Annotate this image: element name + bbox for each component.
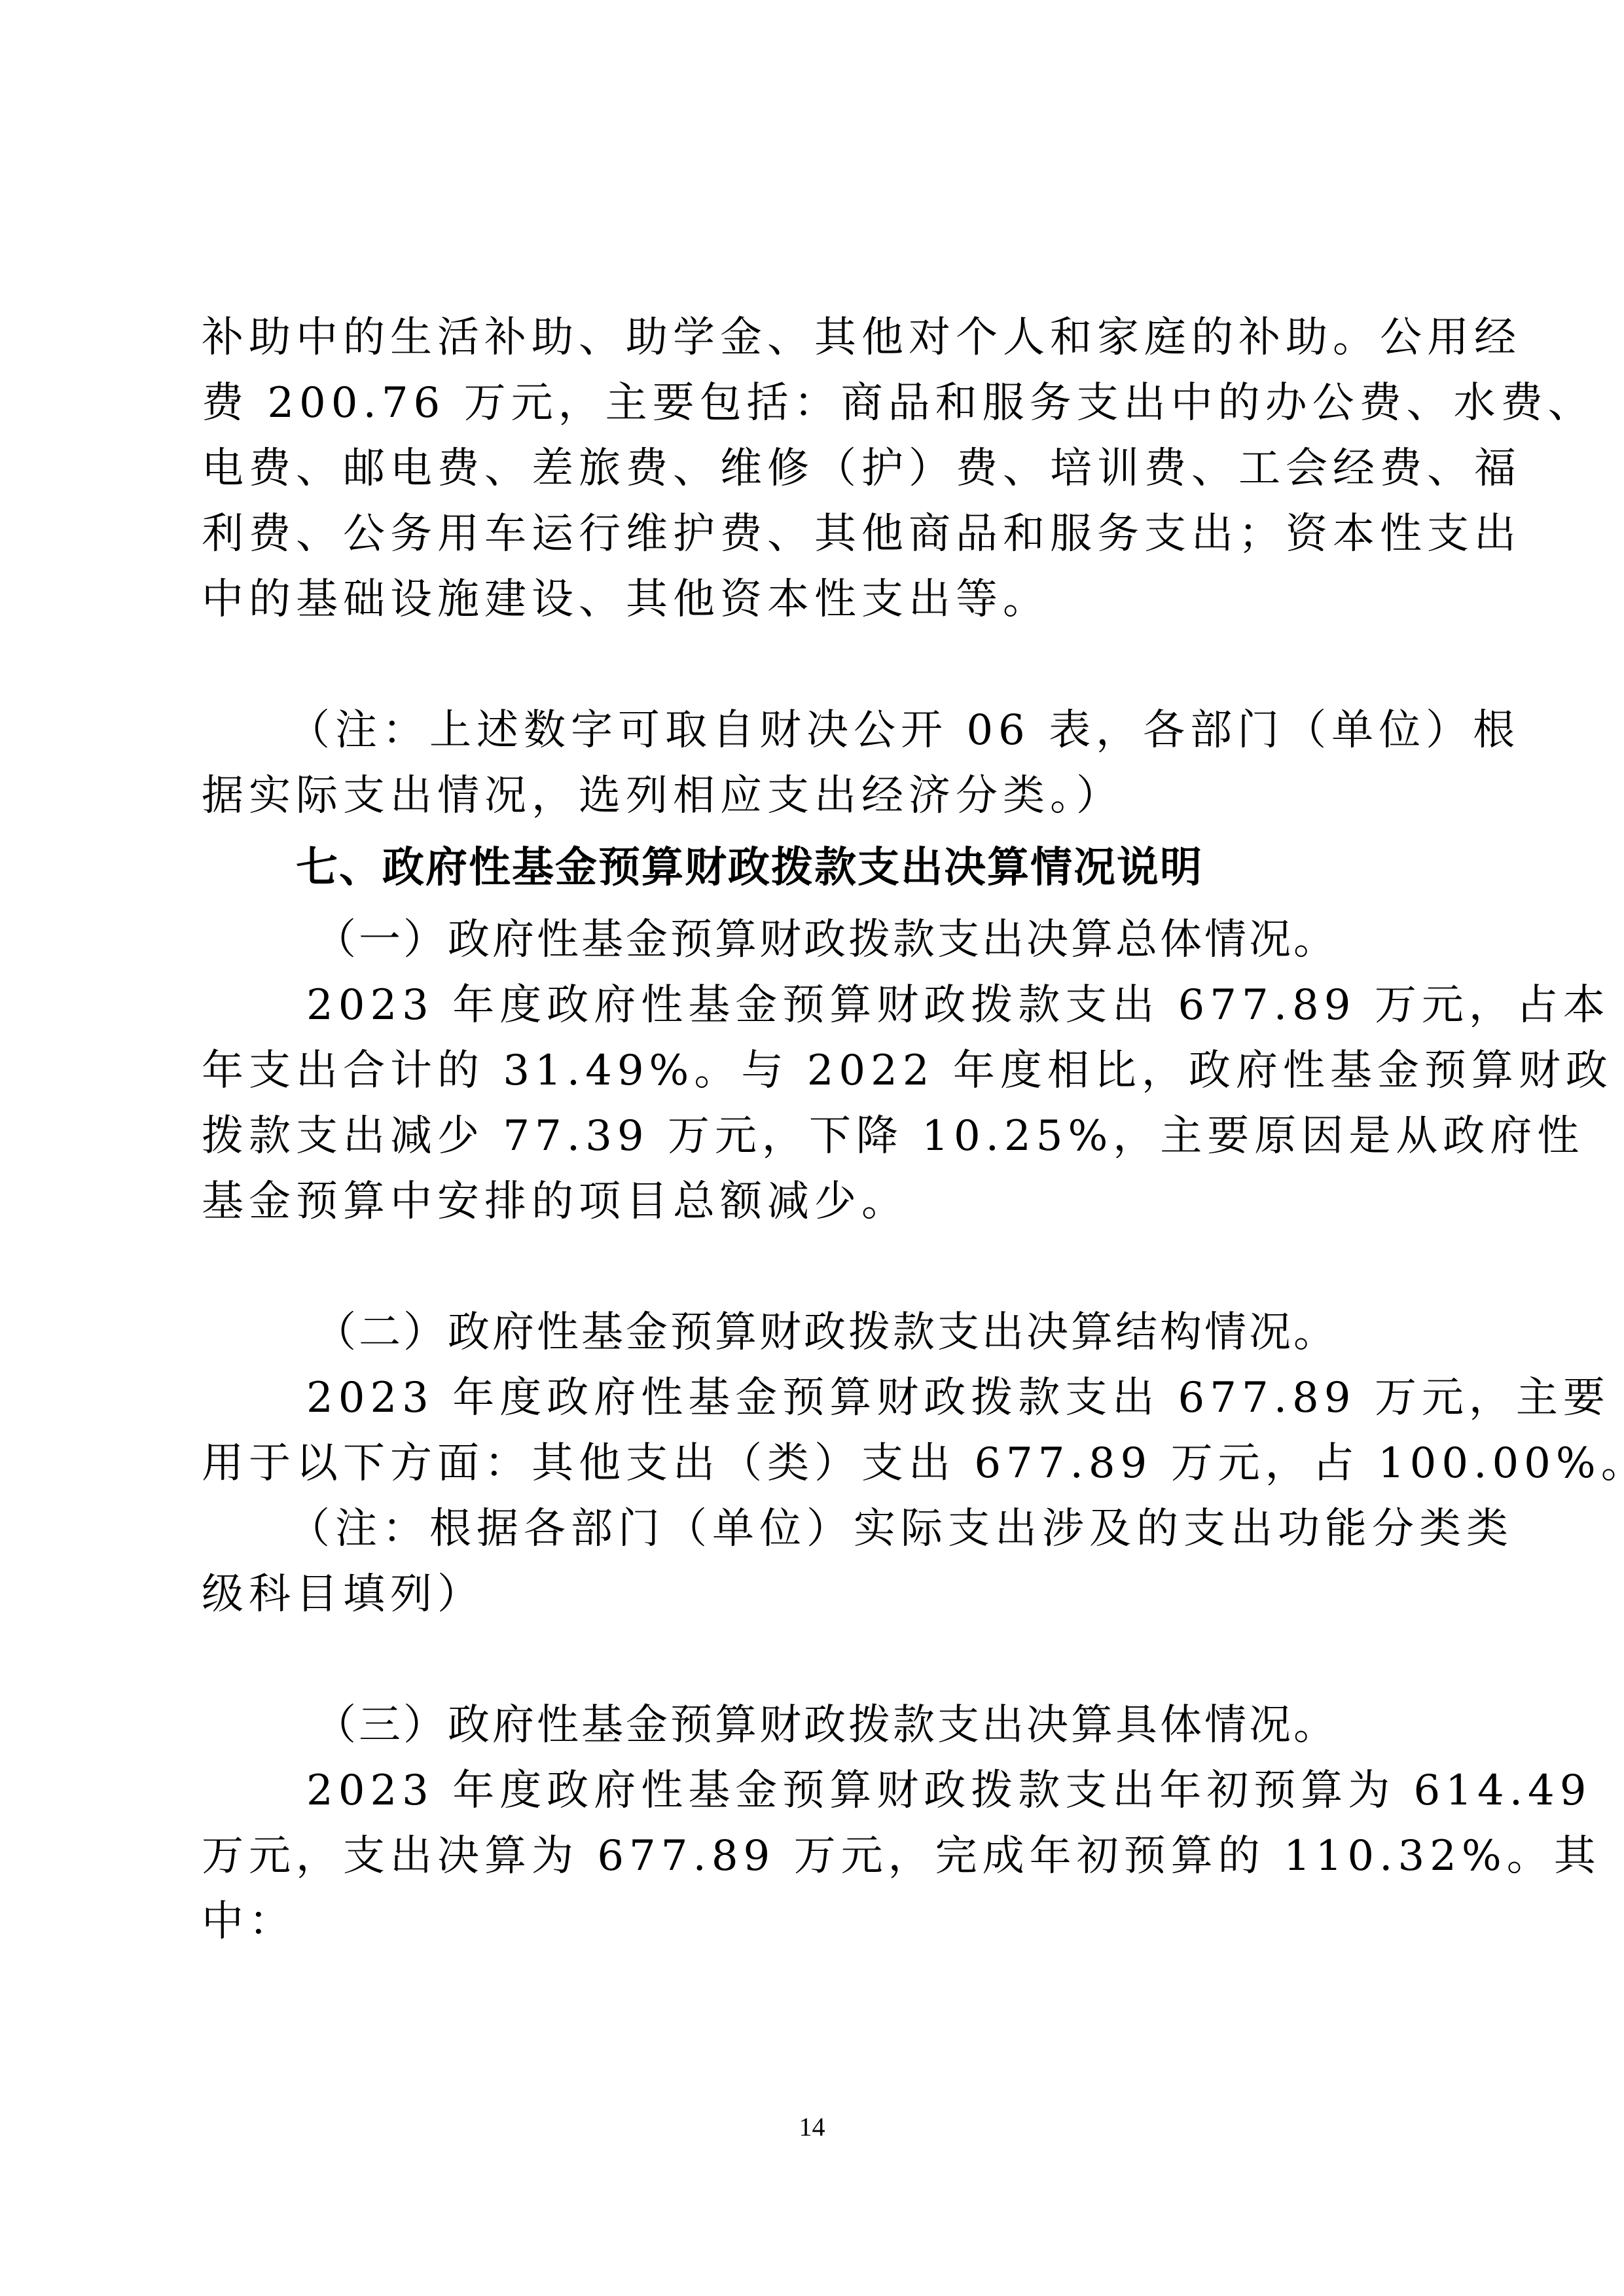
body-text-line: 中的基础设施建设、其他资本性支出等。 <box>202 573 1432 626</box>
body-text-line: 利费、公务用车运行维护费、其他商品和服务支出；资本性支出 <box>202 508 1432 560</box>
subsection-heading: （二）政府性基金预算财政拨款支出决算结构情况。 <box>314 1306 1545 1359</box>
body-text-line: 年支出合计的 31.49%。与 2022 年度相比，政府性基金预算财政 <box>202 1045 1432 1097</box>
body-text-line: 电费、邮电费、差旅费、维修（护）费、培训费、工会经费、福 <box>202 442 1432 495</box>
document-page: 补助中的生活补助、助学金、其他对个人和家庭的补助。公用经 费 200.76 万元… <box>0 0 1624 2296</box>
body-text-line: 基金预算中安排的项目总额减少。 <box>202 1175 1432 1228</box>
body-text-line: 2023 年度政府性基金预算财政拨款支出年初预算为 614.49 <box>306 1765 1432 1817</box>
body-text-line: 用于以下方面：其他支出（类）支出 677.89 万元，占 100.00%。 <box>202 1437 1432 1490</box>
note-text-line: 据实际支出情况，选列相应支出经济分类。） <box>202 770 1432 822</box>
subsection-heading: （三）政府性基金预算财政拨款支出决算具体情况。 <box>314 1699 1545 1751</box>
body-text-line: 拨款支出减少 77.39 万元，下降 10.25%，主要原因是从政府性 <box>202 1110 1432 1162</box>
body-text-line: 中： <box>202 1895 1432 1948</box>
body-text-line: 费 200.76 万元，主要包括：商品和服务支出中的办公费、水费、 <box>202 377 1432 429</box>
body-text-line: 万元，支出决算为 677.89 万元，完成年初预算的 110.32%。其 <box>202 1830 1432 1882</box>
page-number: 14 <box>0 2111 1624 2144</box>
note-text-line: 级科目填列） <box>202 1568 1432 1621</box>
note-text-line: （注：上述数字可取自财决公开 06 表，各部门（单位）根 <box>288 704 1432 757</box>
subsection-heading: （一）政府性基金预算财政拨款支出决算总体情况。 <box>314 914 1545 966</box>
section-heading: 七、政府性基金预算财政拨款支出决算情况说明 <box>296 842 1526 894</box>
note-text-line: （注：根据各部门（单位）实际支出涉及的支出功能分类类 <box>288 1503 1432 1555</box>
body-text-line: 2023 年度政府性基金预算财政拨款支出 677.89 万元，占本 <box>306 979 1432 1031</box>
body-text-line: 2023 年度政府性基金预算财政拨款支出 677.89 万元，主要 <box>306 1372 1432 1424</box>
body-text-line: 补助中的生活补助、助学金、其他对个人和家庭的补助。公用经 <box>202 312 1432 364</box>
